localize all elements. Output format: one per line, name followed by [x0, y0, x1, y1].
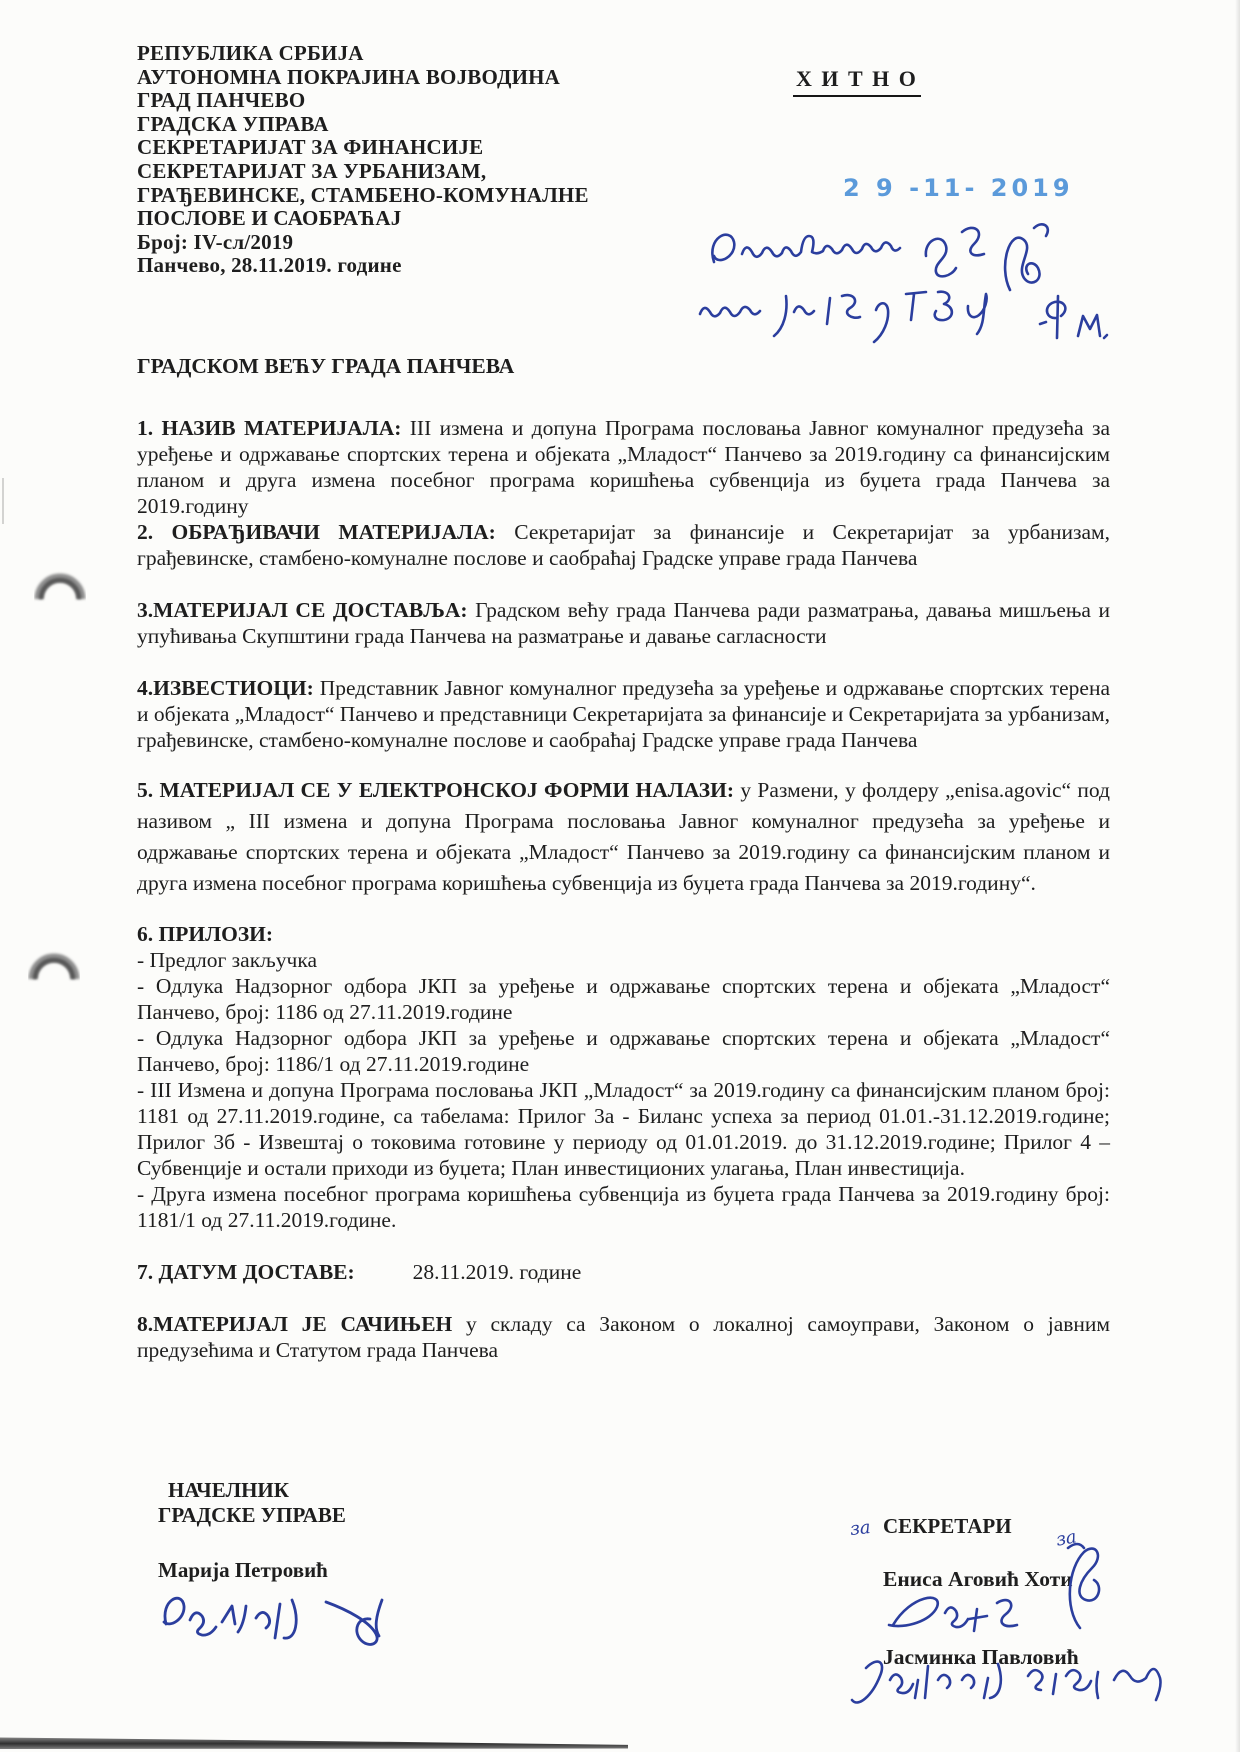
section-label: 7. ДАТУМ ДОСТАВЕ: — [137, 1260, 355, 1284]
attachment-item: - III Измена и допуна Програма пословања… — [137, 1077, 1110, 1181]
secretaries-heading: СЕКРЕТАРИ — [883, 1514, 1079, 1538]
section-label: 5. МАТЕРИЈАЛ СЕ У ЕЛЕКТРОНСКОЈ ФОРМИ НАЛ… — [137, 778, 734, 802]
letterhead-line: ГРАД ПАНЧЕВО — [137, 89, 589, 113]
hole-punch-shadow-top — [34, 562, 86, 602]
hole-punch-shadow-bottom — [28, 942, 80, 982]
signature-flourish-enisa — [1050, 1538, 1110, 1633]
document-number: Број: IV-сл/2019 — [137, 231, 589, 255]
attachment-item: - Друга измена посебног програма коришће… — [137, 1181, 1110, 1233]
letterhead: РЕПУБЛИКА СРБИЈА АУТОНОМНА ПОКРАЈИНА ВОЈ… — [137, 42, 589, 278]
section-label: 1. НАЗИВ МАТЕРИЈАЛА: — [137, 416, 401, 440]
letterhead-line: РЕПУБЛИКА СРБИЈА — [137, 42, 589, 66]
attachment-item: - Одлука Надзорног одбора ЈКП за уређење… — [137, 973, 1110, 1025]
scan-right-edge-shadow — [1235, 0, 1240, 1752]
section-legal-basis: 8.МАТЕРИЈАЛ ЈЕ САЧИЊЕН у складу са Закон… — [137, 1311, 1110, 1363]
section-material-processors: 2. ОБРАЂИВАЧИ МАТЕРИЈАЛА: Секретаријат з… — [137, 519, 1110, 571]
scanned-document-page: РЕПУБЛИКА СРБИЈА АУТОНОМНА ПОКРАЈИНА ВОЈ… — [0, 0, 1240, 1752]
letterhead-line: ПОСЛОВЕ И САОБРАЋАЈ — [137, 207, 589, 231]
signature-jasminka-pavlovic — [848, 1650, 1168, 1710]
signature-enisa-agovic-hoti — [875, 1585, 1045, 1640]
letterhead-line: СЕКРЕТАРИЈАТ ЗА ФИНАНСИЈЕ — [137, 136, 589, 160]
section-delivery-date: 7. ДАТУМ ДОСТАВЕ:28.11.2019. године — [137, 1259, 1110, 1285]
section-attachments-heading: 6. ПРИЛОЗИ: — [137, 921, 1110, 947]
scan-edge-mark — [2, 478, 4, 524]
signatory-left-title: НАЧЕЛНИК — [158, 1478, 346, 1503]
attachment-item: - Предлог закључка — [137, 947, 1110, 973]
attachment-item: - Одлука Надзорног одбора ЈКП за уређење… — [137, 1025, 1110, 1077]
section-label: 4.ИЗВЕСТИОЦИ: — [137, 676, 314, 700]
section-label: 3.МАТЕРИЈАЛ СЕ ДОСТАВЉА: — [137, 598, 468, 622]
section-electronic-form: 5. МАТЕРИЈАЛ СЕ У ЕЛЕКТРОНСКОЈ ФОРМИ НАЛ… — [137, 775, 1110, 899]
document-body: ГРАДСКОМ ВЕЋУ ГРАДА ПАНЧЕВА 1. НАЗИВ МАТ… — [137, 353, 1110, 1363]
addressee: ГРАДСКОМ ВЕЋУ ГРАДА ПАНЧЕВА — [137, 353, 1110, 379]
delivery-date-value: 28.11.2019. године — [413, 1260, 582, 1284]
section-label: 6. ПРИЛОЗИ: — [137, 922, 273, 946]
letterhead-line: СЕКРЕТАРИЈАТ ЗА УРБАНИЗАМ, — [137, 160, 589, 184]
section-label: 2. ОБРАЂИВАЧИ МАТЕРИЈАЛА: — [137, 520, 496, 544]
section-material-delivered-to: 3.МАТЕРИЈАЛ СЕ ДОСТАВЉА: Градском већу г… — [137, 597, 1110, 649]
handwritten-note — [690, 198, 1150, 348]
document-date-place: Панчево, 28.11.2019. године — [137, 254, 589, 278]
section-rapporteurs: 4.ИЗВЕСТИОЦИ: Представник Јавног комунал… — [137, 675, 1110, 753]
signatory-left-title2: ГРАДСКЕ УПРАВЕ — [158, 1503, 346, 1528]
letterhead-line: ГРАДСКА УПРАВА — [137, 113, 589, 137]
section-label: 8.МАТЕРИЈАЛ ЈЕ САЧИЊЕН — [137, 1312, 452, 1336]
letterhead-line: АУТОНОМНА ПОКРАЈИНА ВОЈВОДИНА — [137, 66, 589, 90]
handwritten-za-mark: за — [849, 1517, 872, 1540]
letterhead-line: ГРАЂЕВИНСКЕ, СТАМБЕНО-КОМУНАЛНЕ — [137, 184, 589, 208]
signature-marija-petrovic — [150, 1578, 440, 1653]
section-material-title: 1. НАЗИВ МАТЕРИЈАЛА: III измена и допуна… — [137, 415, 1110, 519]
scan-bottom-edge-shadow — [0, 1737, 628, 1749]
signatory-left-block: НАЧЕЛНИК ГРАДСКЕ УПРАВЕ Марија Петровић — [158, 1478, 346, 1583]
urgent-label: Х И Т Н О — [793, 66, 921, 97]
